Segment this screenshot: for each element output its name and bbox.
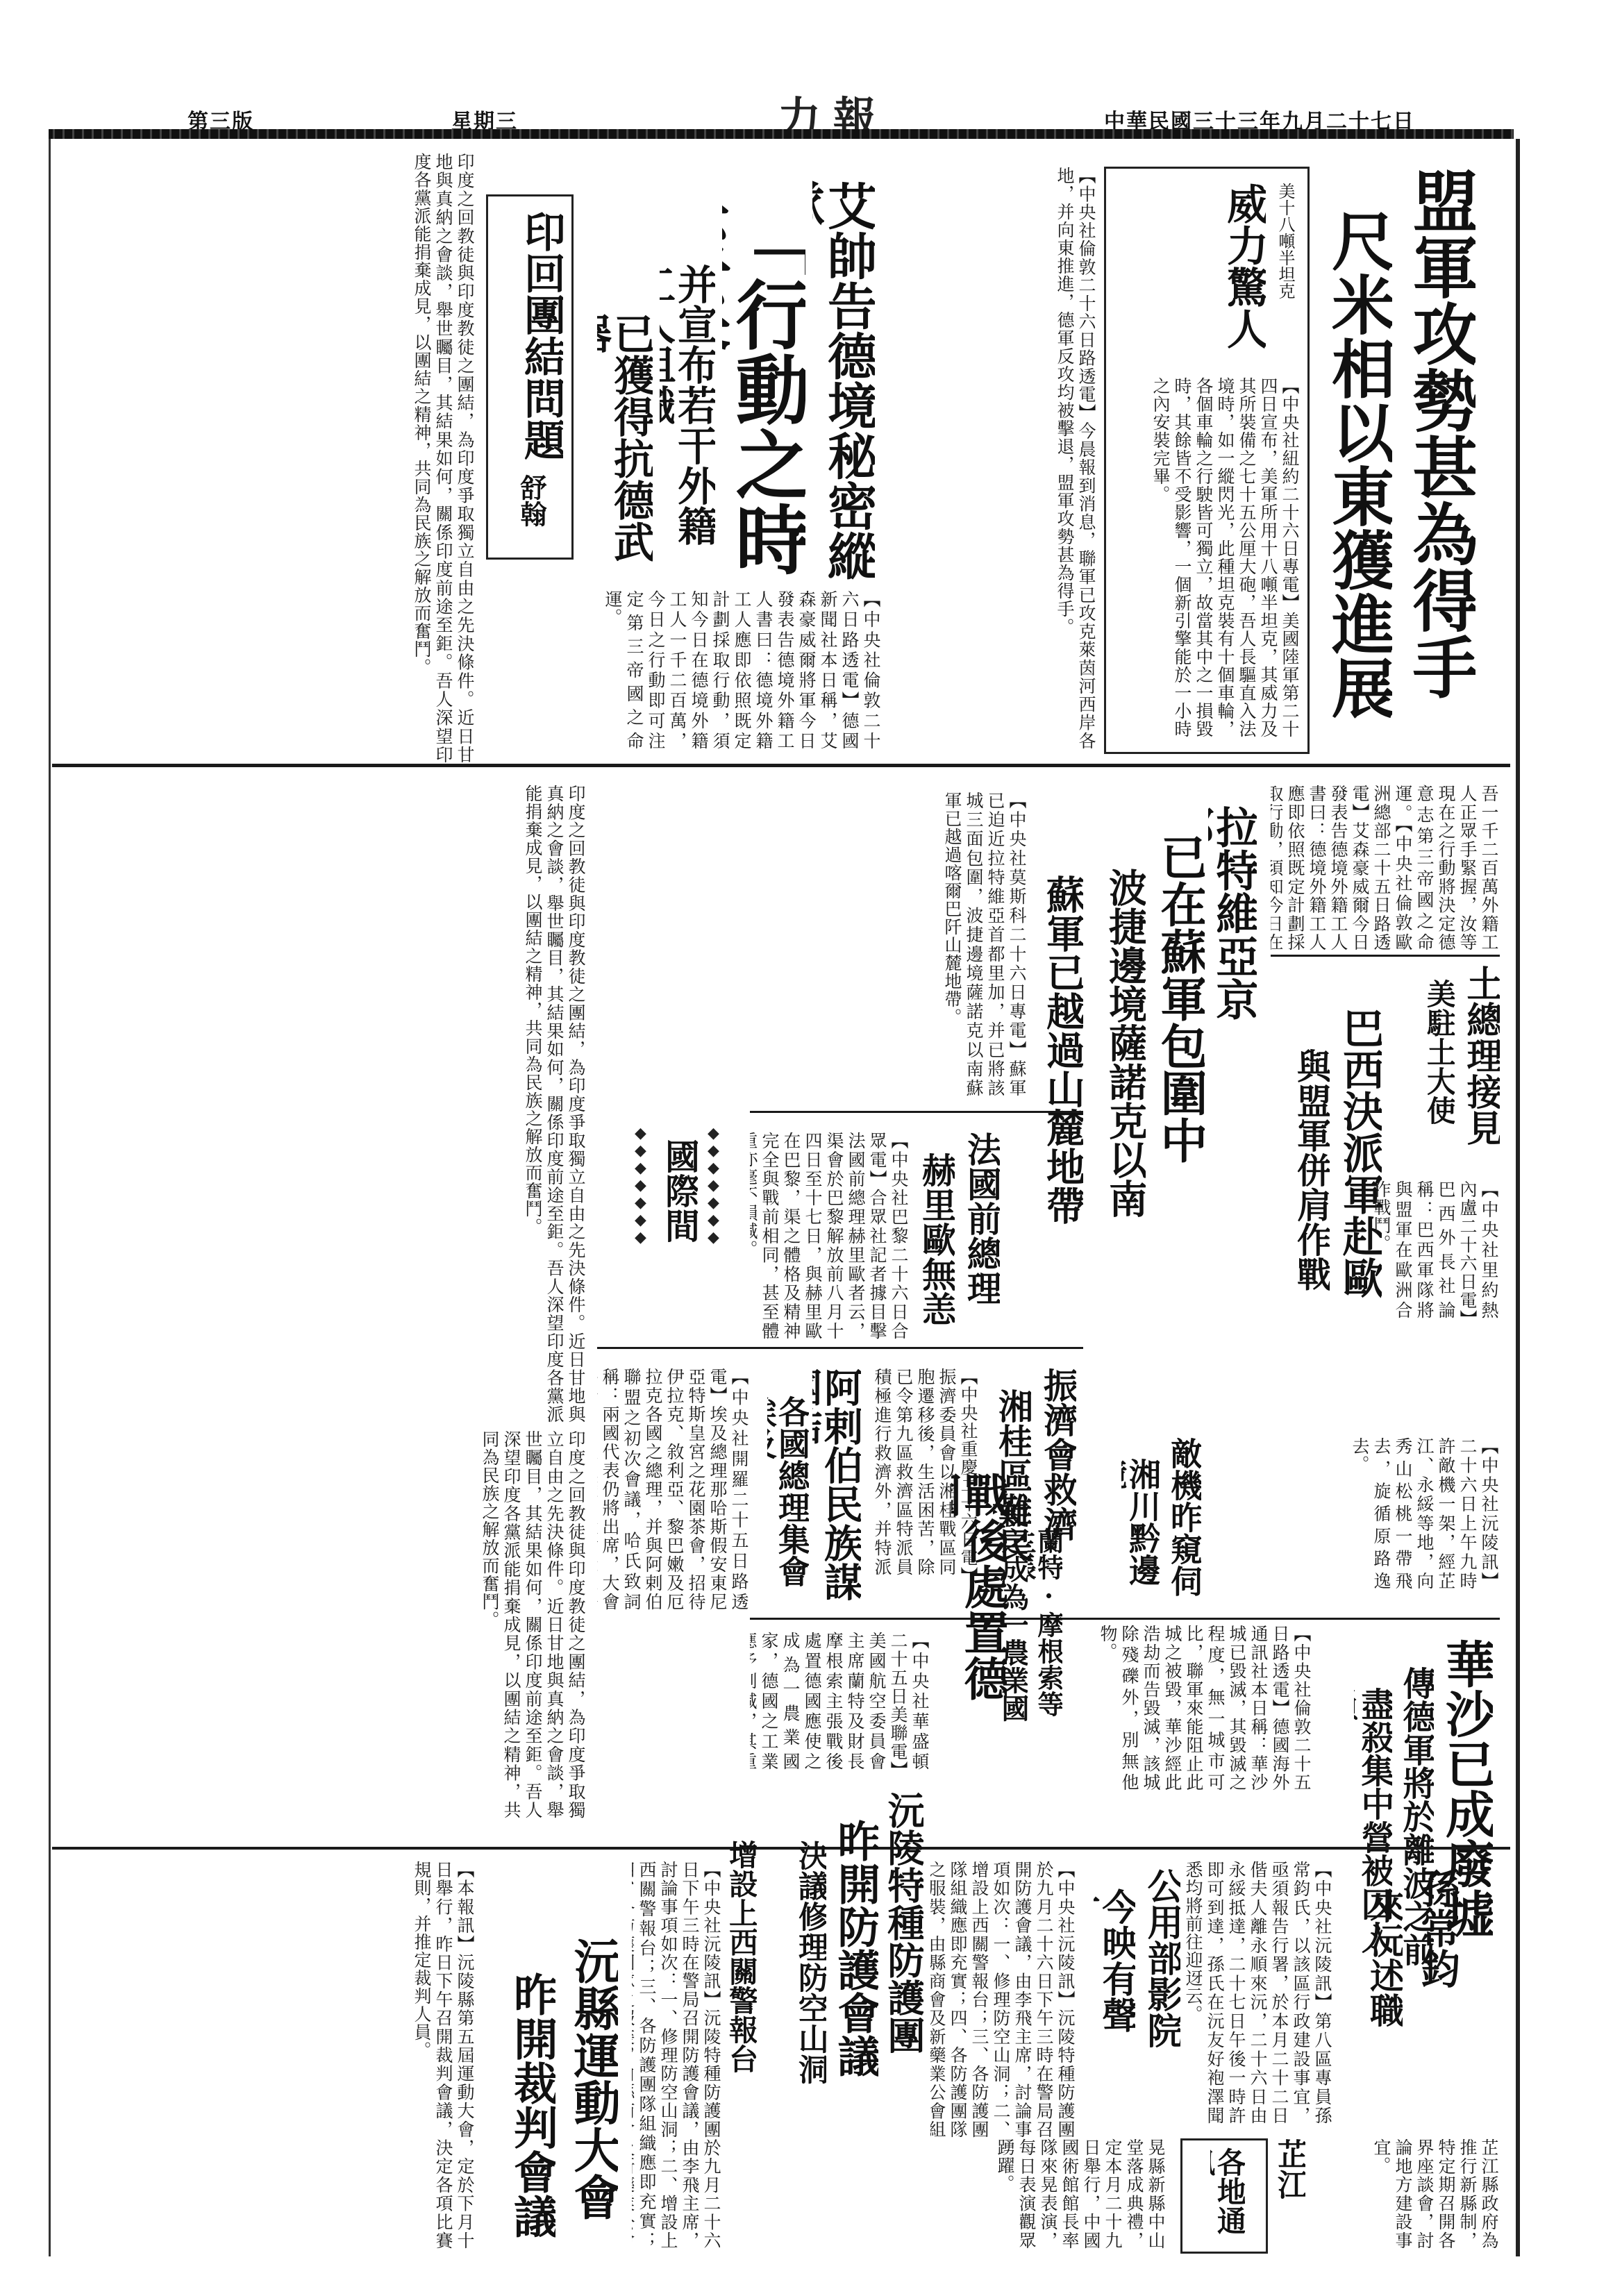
postwar-germany-body: 【中央社華盛頓二十五日美聯電】美國航空委員會主席蘭特及財長摩根索主張戰後處置德國… bbox=[750, 1632, 930, 1770]
masthead-rule bbox=[49, 129, 1514, 139]
editorial-author: 舒翰 bbox=[516, 474, 551, 551]
tank-article: 美十八噸半坦克 威力驚人 【中央社紐約二十六日專電】美國陸軍第二十四日宣布，美軍… bbox=[1104, 167, 1310, 754]
editorial-continued: 印度之回教徒與印度教徒之團結，為印度爭取獨立自由之先決條件。近日甘地與真納之會談… bbox=[59, 785, 587, 1423]
eisenhower-subhead-2: 并宣布若干外籍工人組織 bbox=[660, 264, 715, 583]
lead-subhead: 尺米相以東獲進展 bbox=[1316, 208, 1392, 778]
local-news-box: 各地通訊 bbox=[1180, 2138, 1268, 2254]
sports-subhead: 昨開裁判會議 bbox=[503, 1972, 555, 2249]
sun-changjun-subhead: 來沅述職 bbox=[1361, 1888, 1403, 2055]
enemy-planes-subhead: 湘川黔邊境 bbox=[1121, 1458, 1160, 1611]
latvia-subhead-2: 波捷邊境薩諾克以南 bbox=[1097, 868, 1146, 1257]
sports-body: 【本報訊】沅陵縣第五屆運動大會，定於下月十日舉行，昨日下午召開裁判會議，決定各項… bbox=[59, 1861, 476, 2249]
enemy-planes-body: 【中央社沅陵訊】二十六日上午九時許敵機一架，經芷江、永綏等地，向秀山松桃一帶飛去… bbox=[1250, 1437, 1500, 1590]
editorial-headline: 印回團結問題 bbox=[501, 210, 563, 460]
enemy-planes-article: 敵機昨窺伺 湘川黔邊境 bbox=[1083, 1430, 1243, 1611]
local-news-place-zhijiang: 芷江 bbox=[1271, 2138, 1305, 2243]
tank-body: 【中央社紐約二十六日專電】美國陸軍第二十四日宣布，美軍所用十八噸半坦克，其威力及… bbox=[1113, 377, 1301, 738]
eisenhower-subhead: 「行動之時至矣」 bbox=[722, 201, 805, 583]
enemy-planes-headline: 敵機昨窺伺 bbox=[1163, 1437, 1201, 1604]
editorial-box: 印回團結問題 舒翰 bbox=[486, 194, 574, 560]
cinema-headline: 公用部影院 bbox=[1139, 1868, 1180, 2048]
air-defense-subhead: 昨開防護會議 bbox=[830, 1819, 878, 2125]
air-defense-subhead-3: 增設上西關警報台 bbox=[722, 1840, 757, 2104]
local-news-body-huangxian: 晃縣新縣中山堂落成典禮，定本月二十九日舉行，中國國術館館長率隊來晃表演，每日表演… bbox=[930, 2138, 1167, 2249]
local-news-title: 各地通訊 bbox=[1210, 2147, 1245, 2252]
section-divider bbox=[52, 764, 1510, 767]
cinema-subhead: 今映有聲片 bbox=[1094, 1888, 1135, 2062]
air-defense-subhead-2: 決議修理防空山洞 bbox=[792, 1840, 826, 2138]
tank-kicker: 美十八噸半坦克 bbox=[1270, 183, 1298, 349]
international-article: ◆◆◆◆◆◆◆ 國際間 ◆◆◆◆◆◆◆ bbox=[597, 1111, 743, 1340]
eisenhower-headline: 艾帥告德境秘密縱隊 bbox=[812, 181, 875, 583]
herriot-article: 法國前總理 赫里歐無恙 【中央社巴黎二十六日合眾電】合眾社記者據目擊法國前總理赫… bbox=[750, 1118, 1083, 1347]
masthead: 第三版 星期三 力報 中華民國三十三年九月二十七日 bbox=[49, 104, 1514, 139]
turkey-subhead: 美駐土大使 bbox=[1420, 979, 1455, 1166]
ornament-border: ◆◆◆◆◆◆◆ bbox=[631, 1125, 649, 1264]
arab-article: 阿剌伯民族謀團結 各國總理集會埃及 【中央社開羅二十五日路透電】埃及總理那哈斯假… bbox=[597, 1354, 875, 1618]
arab-subhead: 各國總理集會埃及 bbox=[767, 1396, 809, 1618]
air-defense-headline: 沅陵特種防護團 bbox=[882, 1791, 923, 2097]
cinema-article: 公用部影院 今映有聲片 bbox=[1083, 1861, 1180, 2138]
warsaw-body: 【中央社倫敦二十五日路透電】德國海外通訊社本日稱：華沙城已毀滅，其毀滅之程度，無… bbox=[1083, 1625, 1312, 1791]
ornament-border: ◆◆◆◆◆◆◆ bbox=[704, 1125, 722, 1264]
brazil-body: 【中央社里約熱內盧二十六日電】巴西外長社論稱：巴西軍隊將與盟軍在歐洲合作戰鬥。 bbox=[1271, 1180, 1500, 1319]
herriot-body: 【中央社巴黎二十六日合眾電】合眾社記者據目擊法國前總理赫里歐者云，渠會於巴黎解放… bbox=[750, 1132, 910, 1340]
latvia-headline: 拉特維亞京都 bbox=[1208, 805, 1257, 1055]
tank-headline: 威力驚人 bbox=[1217, 183, 1266, 363]
arab-body: 【中央社開羅二十五日路透電】埃及總理那哈斯假安東尼亞特斯皇宮之花園茶會，招待伊拉… bbox=[597, 1368, 750, 1611]
sun-changjun-body: 【中央社沅陵訊】第八區專員孫常鈞氏，以該區行政建設事宜，亟須報告行署，於本月二十… bbox=[1180, 1861, 1333, 2125]
divider bbox=[750, 1111, 1083, 1113]
air-defense-body-continued: 【中央社沅陵訊】沅陵特種防護團於九月二十六日下午三時在警局召開防護會議，由李飛主… bbox=[632, 1861, 722, 2249]
latvia-subhead: 已在蘇軍包圍中 bbox=[1149, 833, 1205, 1194]
turkey-headline: 土總理接見 bbox=[1458, 965, 1500, 1166]
sports-headline: 沅縣運動大會 bbox=[562, 1937, 618, 2243]
divider bbox=[1271, 955, 1500, 957]
lead-body: 【中央社倫敦二十六日路透電】今晨報到消息，聯軍已攻克萊茵河西岸各地，并向東推進，… bbox=[889, 167, 1097, 750]
lower-left-body: 印度之回教徒與印度教徒之團結，為印度爭取獨立自由之先決條件。近日甘地與真納之會談… bbox=[59, 1430, 587, 1819]
divider bbox=[750, 1618, 1500, 1620]
sun-changjun-article: 孫常鈞 來沅述職 bbox=[1333, 1861, 1500, 2138]
herriot-subhead: 赫里歐無恙 bbox=[913, 1153, 955, 1340]
lead-headline: 盟軍攻勢甚為得手 bbox=[1399, 167, 1475, 757]
international-headline: 國際間 bbox=[656, 1139, 698, 1264]
latvia-body: 【中央社莫斯科二十六日專電】蘇軍已迫近拉特維亞首都里加，并已將該城三面包圍，波捷… bbox=[750, 791, 1028, 1097]
air-defense-article: 沅陵特種防護團 昨開防護會議 決議修理防空山洞 bbox=[764, 1777, 923, 2166]
editorial-body: 印度之回教徒與印度教徒之團結，為印度爭取獨立自由之先決條件。近日甘地與真納之會談… bbox=[59, 153, 476, 764]
eisenhower-body: 【中央社倫敦二十六日路透電】德國新聞社本日稱，艾森豪威爾將軍今日發表告德境外籍工… bbox=[576, 590, 882, 750]
brazil-article: 巴西決派軍赴歐 與盟軍併肩作戰 bbox=[1271, 965, 1382, 1382]
air-defense-body: 【中央社沅陵訊】沅陵特種防護團於九月二十六日下午三時在警局召開防護會議，由李飛主… bbox=[930, 1861, 1076, 2138]
postwar-germany-subhead-2: 蘭特·摩根索等主張 bbox=[1028, 1527, 1062, 1736]
postwar-germany-subhead: 使之成為一農業國家 bbox=[993, 1500, 1028, 1722]
arab-headline: 阿剌伯民族謀團結 bbox=[812, 1368, 861, 1618]
turkey-article: 土總理接見 美駐土大使 bbox=[1382, 965, 1500, 1173]
sun-changjun-headline: 孫常鈞 bbox=[1410, 1868, 1458, 2048]
eisenhower-article: 艾帥告德境秘密縱隊 「行動之時至矣」 并宣布若干外籍工人組織 已獲得抗德武器 bbox=[576, 160, 882, 583]
latvia-article: 拉特維亞京都 已在蘇軍包圍中 波捷邊境薩諾克以南 bbox=[1083, 791, 1264, 1319]
sports-article: 沅縣運動大會 昨開裁判會議 bbox=[486, 1930, 625, 2249]
herriot-headline: 法國前總理 bbox=[958, 1132, 1000, 1333]
divider bbox=[597, 1347, 1083, 1349]
local-news-body-zhijiang: 芷江縣政府為推行新縣制，特定期召開各界座談會，討論地方建設事宜。 bbox=[1312, 2138, 1500, 2249]
foreign-workers-body: 吾一千二百萬外籍工人正眾手緊握，汝等現在之行動將決定德意志第三帝國之命運。【中央… bbox=[1271, 785, 1500, 951]
eisenhower-subhead-3: 已獲得抗德武器 bbox=[597, 312, 653, 583]
